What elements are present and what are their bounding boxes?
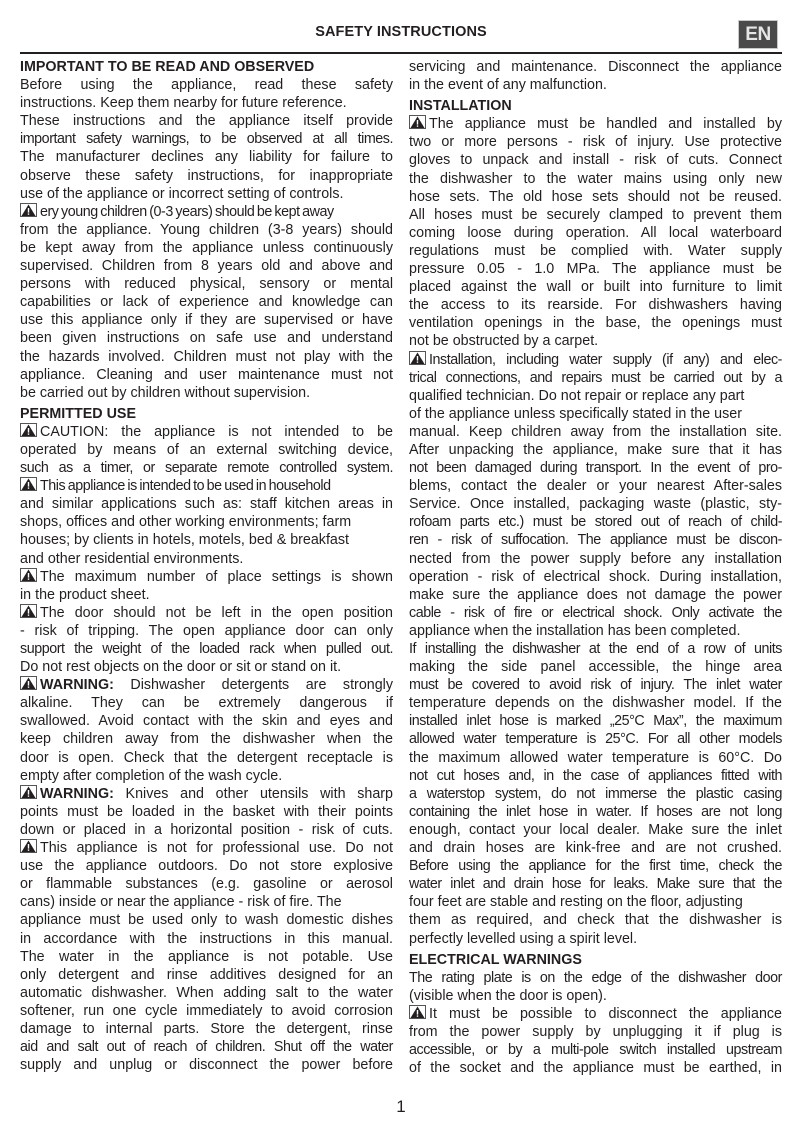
text-line: (visible when the door is open). <box>409 987 782 1005</box>
text-line: the dishwasher to the water mains using … <box>409 170 782 188</box>
text-line: qualified technician. Do not repair or r… <box>409 387 782 405</box>
text-line: operation - risk of electrical shock. Du… <box>409 568 782 586</box>
text-line: Do not rest objects on the door or sit o… <box>20 658 393 676</box>
text-line: Before using the appliance for the first… <box>409 857 782 875</box>
text-line: a waterstop system, do not immerse the p… <box>409 785 782 803</box>
text-line: of the socket and the appliance must be … <box>409 1059 782 1077</box>
text-line: points must be loaded in the basket with… <box>20 803 393 821</box>
language-badge: EN <box>738 20 778 49</box>
text-line: the hazards involved. Children must not … <box>20 348 393 366</box>
text-fragment: The door should not be left in the open … <box>40 605 393 621</box>
text-line: placed against the wall or built into fu… <box>409 278 782 296</box>
text-line: coming loose during operation. All local… <box>409 224 782 242</box>
text-line: not be obstructed by a carpet. <box>409 332 782 350</box>
text-line: of the appliance unless specifically sta… <box>409 405 782 423</box>
text-line: These instructions and the appliance its… <box>20 112 393 130</box>
text-line: enough, contact your local dealer. Make … <box>409 821 782 839</box>
text-line: water inlet and drain hose for leaks. Ma… <box>409 875 782 893</box>
warning-triangle-icon <box>409 1005 426 1019</box>
text-line: The appliance must be handled and instal… <box>409 115 782 133</box>
text-line: ren - risk of suffocation. The appliance… <box>409 531 782 549</box>
text-line: empty after completion of the wash cycle… <box>20 767 393 785</box>
warning-label: WARNING: <box>40 786 114 802</box>
handling-paragraph: The appliance must be handled and instal… <box>409 115 782 350</box>
text-line: WARNING: Dishwasher detergents are stron… <box>20 676 393 694</box>
text-line: temperature depends on the dishwasher mo… <box>409 694 782 712</box>
text-line: door is open. Check that the detergent r… <box>20 749 393 767</box>
text-line: instructions. Keep them nearby for futur… <box>20 94 393 112</box>
text-line: houses; by clients in hotels, motels, be… <box>20 531 393 549</box>
warning-triangle-icon <box>20 477 37 491</box>
disconnect-paragraph: It must be possible to disconnect the ap… <box>409 1005 782 1077</box>
text-line: softener, run one cycle immediately to a… <box>20 1002 393 1020</box>
text-line: ery young children (0-3 years) should be… <box>20 203 393 221</box>
text-line: use this appliance only if they are supe… <box>20 311 393 329</box>
text-line: damage to internal parts. Store the dete… <box>20 1020 393 1038</box>
warning-triangle-icon <box>20 568 37 582</box>
place-settings-paragraph: The maximum number of place settings is … <box>20 568 393 604</box>
section-heading-important: IMPORTANT TO BE READ AND OBSERVED <box>20 58 393 76</box>
right-column: servicing and maintenance. Disconnect th… <box>409 58 782 1077</box>
page-number: 1 <box>0 1097 802 1117</box>
text-line: and similar applications such as: staff … <box>20 495 393 513</box>
text-line: ventilation openings in the base, the op… <box>409 314 782 332</box>
text-fragment: This appliance is not for professional u… <box>40 840 393 856</box>
text-line: the maximum allowed water temperature is… <box>409 749 782 767</box>
text-line: cable - risk of fire or electrical shock… <box>409 604 782 622</box>
text-fragment: Knives and other utensils with sharp <box>126 786 393 802</box>
text-line: only detergent and rinse additives desig… <box>20 966 393 984</box>
text-fragment: Dishwasher detergents are strongly <box>130 677 393 693</box>
text-line: be carried out by children without super… <box>20 384 393 402</box>
text-fragment: CAUTION: the appliance is not intended t… <box>40 424 393 440</box>
text-line: servicing and maintenance. Disconnect th… <box>409 58 782 76</box>
text-line: It must be possible to disconnect the ap… <box>409 1005 782 1023</box>
text-line: or flammable substances (e.g. gasoline o… <box>20 875 393 893</box>
text-line: be kept away from the appliance unless c… <box>20 239 393 257</box>
text-fragment: The maximum number of place settings is … <box>40 569 393 585</box>
warning-triangle-icon <box>20 203 37 217</box>
page-title: SAFETY INSTRUCTIONS <box>0 24 802 40</box>
text-line: This appliance is not for professional u… <box>20 839 393 857</box>
professional-use-paragraph: This appliance is not for professional u… <box>20 839 393 1074</box>
important-paragraph: Before using the appliance, read these s… <box>20 76 393 203</box>
text-line: keep children away from the dishwasher w… <box>20 730 393 748</box>
text-line: trical connections, and repairs must be … <box>409 369 782 387</box>
warning-triangle-icon <box>20 423 37 437</box>
row-end-paragraph: If installing the dishwasher at the end … <box>409 640 782 948</box>
text-line: hose sets. The old hose sets should not … <box>409 188 782 206</box>
text-line: CAUTION: the appliance is not intended t… <box>20 423 393 441</box>
technician-paragraph: Installation, including water supply (if… <box>409 351 782 641</box>
text-line: Installation, including water supply (if… <box>409 351 782 369</box>
text-line: observe these safety instructions, for i… <box>20 167 393 185</box>
text-line: support the weight of the loaded rack wh… <box>20 640 393 658</box>
text-line: and drain hoses are kink-free and are no… <box>409 839 782 857</box>
text-fragment: Installation, including water supply (if… <box>429 352 782 368</box>
text-line: in the event of any malfunction. <box>409 76 782 94</box>
text-line: The manufacturer declines any liability … <box>20 148 393 166</box>
text-line: not cut hoses and, in the case of applia… <box>409 767 782 785</box>
text-line: in the product sheet. <box>20 586 393 604</box>
warning-triangle-icon <box>20 604 37 618</box>
text-line: must be covered to avoid risk of injury.… <box>409 676 782 694</box>
text-line: swallowed. Avoid contact with the skin a… <box>20 712 393 730</box>
text-line: not been damaged during transport. In th… <box>409 459 782 477</box>
text-line: in accordance with the instructions in t… <box>20 930 393 948</box>
text-line: use of the appliance or incorrect settin… <box>20 185 393 203</box>
text-line: The maximum number of place settings is … <box>20 568 393 586</box>
text-line: Before using the appliance, read these s… <box>20 76 393 94</box>
text-line: appliance must be used only to wash dome… <box>20 911 393 929</box>
text-line: from the appliance. Young children (3-8 … <box>20 221 393 239</box>
text-line: persons with reduced physical, sensory o… <box>20 275 393 293</box>
text-line: - risk of tripping. The open appliance d… <box>20 622 393 640</box>
children-warning-paragraph: ery young children (0-3 years) should be… <box>20 203 393 402</box>
text-line: them as required, and check that the dis… <box>409 911 782 929</box>
text-line: The door should not be left in the open … <box>20 604 393 622</box>
text-line: such as a timer, or separate remote cont… <box>20 459 393 477</box>
warning-triangle-icon <box>20 839 37 853</box>
left-column: IMPORTANT TO BE READ AND OBSERVED Before… <box>20 58 393 1074</box>
text-line: cans) inside or near the appliance - ris… <box>20 893 393 911</box>
text-line: Service. Once installed, packaging waste… <box>409 495 782 513</box>
section-heading-installation: INSTALLATION <box>409 97 782 115</box>
text-line: regulations must be complied with. Water… <box>409 242 782 260</box>
text-line: aid and salt out of reach of children. S… <box>20 1038 393 1056</box>
text-line: automatic dishwasher. When adding salt t… <box>20 984 393 1002</box>
text-line: supply and unplug or disconnect the powe… <box>20 1056 393 1074</box>
text-line: two or more persons - risk of injury. Us… <box>409 133 782 151</box>
text-line: the access to its rearside. For dishwash… <box>409 296 782 314</box>
text-line: The water in the appliance is not potabl… <box>20 948 393 966</box>
detergent-warning-paragraph: WARNING: Dishwasher detergents are stron… <box>20 676 393 785</box>
text-line: down or placed in a horizontal position … <box>20 821 393 839</box>
text-line: gloves to unpack and install - risk of c… <box>409 151 782 169</box>
text-line: manual. Keep children away from the inst… <box>409 423 782 441</box>
text-line: shops, offices and other working environ… <box>20 513 393 531</box>
text-line: appliance when the installation has been… <box>409 622 782 640</box>
text-line: rofoam parts etc.) must be stored out of… <box>409 513 782 531</box>
text-line: WARNING: Knives and other utensils with … <box>20 785 393 803</box>
warning-triangle-icon <box>20 785 37 799</box>
knives-warning-paragraph: WARNING: Knives and other utensils with … <box>20 785 393 839</box>
text-fragment: It must be possible to disconnect the ap… <box>429 1006 782 1022</box>
text-line: capabilities or lack of experience and k… <box>20 293 393 311</box>
text-line: All hoses must be securely clamped to pr… <box>409 206 782 224</box>
door-paragraph: The door should not be left in the open … <box>20 604 393 676</box>
text-fragment: The appliance must be handled and instal… <box>429 116 782 132</box>
text-line: make sure the appliance does not damage … <box>409 586 782 604</box>
text-fragment: ery young children (0-3 years) should be… <box>40 204 334 220</box>
section-heading-permitted-use: PERMITTED USE <box>20 405 393 423</box>
text-line: blems, contact the dealer or your neares… <box>409 477 782 495</box>
rating-plate-paragraph: The rating plate is on the edge of the d… <box>409 969 782 1005</box>
caution-paragraph: CAUTION: the appliance is not intended t… <box>20 423 393 477</box>
text-line: This appliance is intended to be used in… <box>20 477 393 495</box>
text-line: from the power supply by unplugging it i… <box>409 1023 782 1041</box>
text-line: and other residential environments. <box>20 550 393 568</box>
text-fragment: This appliance is intended to be used in… <box>40 478 331 494</box>
warning-triangle-icon <box>20 676 37 690</box>
text-line: use the appliance outdoors. Do not store… <box>20 857 393 875</box>
text-line: After unpacking the appliance, make sure… <box>409 441 782 459</box>
text-line: perfectly levelled using a spirit level. <box>409 930 782 948</box>
text-line: installed inlet hose is marked „25°C Max… <box>409 712 782 730</box>
text-line: allowed water temperature is 25°C. For a… <box>409 730 782 748</box>
text-line: been given instructions on safe use and … <box>20 329 393 347</box>
text-line: nected from the power supply before any … <box>409 550 782 568</box>
warning-triangle-icon <box>409 351 426 365</box>
text-line: The rating plate is on the edge of the d… <box>409 969 782 987</box>
text-line: making the side panel accessible, the hi… <box>409 658 782 676</box>
text-line: pressure 0.05 - 1.0 MPa. The appliance m… <box>409 260 782 278</box>
text-line: accessible, or by a multi-pole switch in… <box>409 1041 782 1059</box>
warning-triangle-icon <box>409 115 426 129</box>
household-paragraph: This appliance is intended to be used in… <box>20 477 393 567</box>
section-heading-electrical: ELECTRICAL WARNINGS <box>409 951 782 969</box>
header-divider <box>20 52 782 54</box>
text-line: containing the inlet hose in water. If h… <box>409 803 782 821</box>
text-line: alkaline. They can be extremely dangerou… <box>20 694 393 712</box>
text-line: supervised. Children from 8 years old an… <box>20 257 393 275</box>
warning-label: WARNING: <box>40 677 114 693</box>
text-line: four feet are stable and resting on the … <box>409 893 782 911</box>
text-line: appliance. Cleaning and user maintenance… <box>20 366 393 384</box>
text-line: operated by means of an external switchi… <box>20 441 393 459</box>
text-line: If installing the dishwasher at the end … <box>409 640 782 658</box>
text-line: important safety warnings, to be observe… <box>20 130 393 148</box>
continuation-paragraph: servicing and maintenance. Disconnect th… <box>409 58 782 94</box>
